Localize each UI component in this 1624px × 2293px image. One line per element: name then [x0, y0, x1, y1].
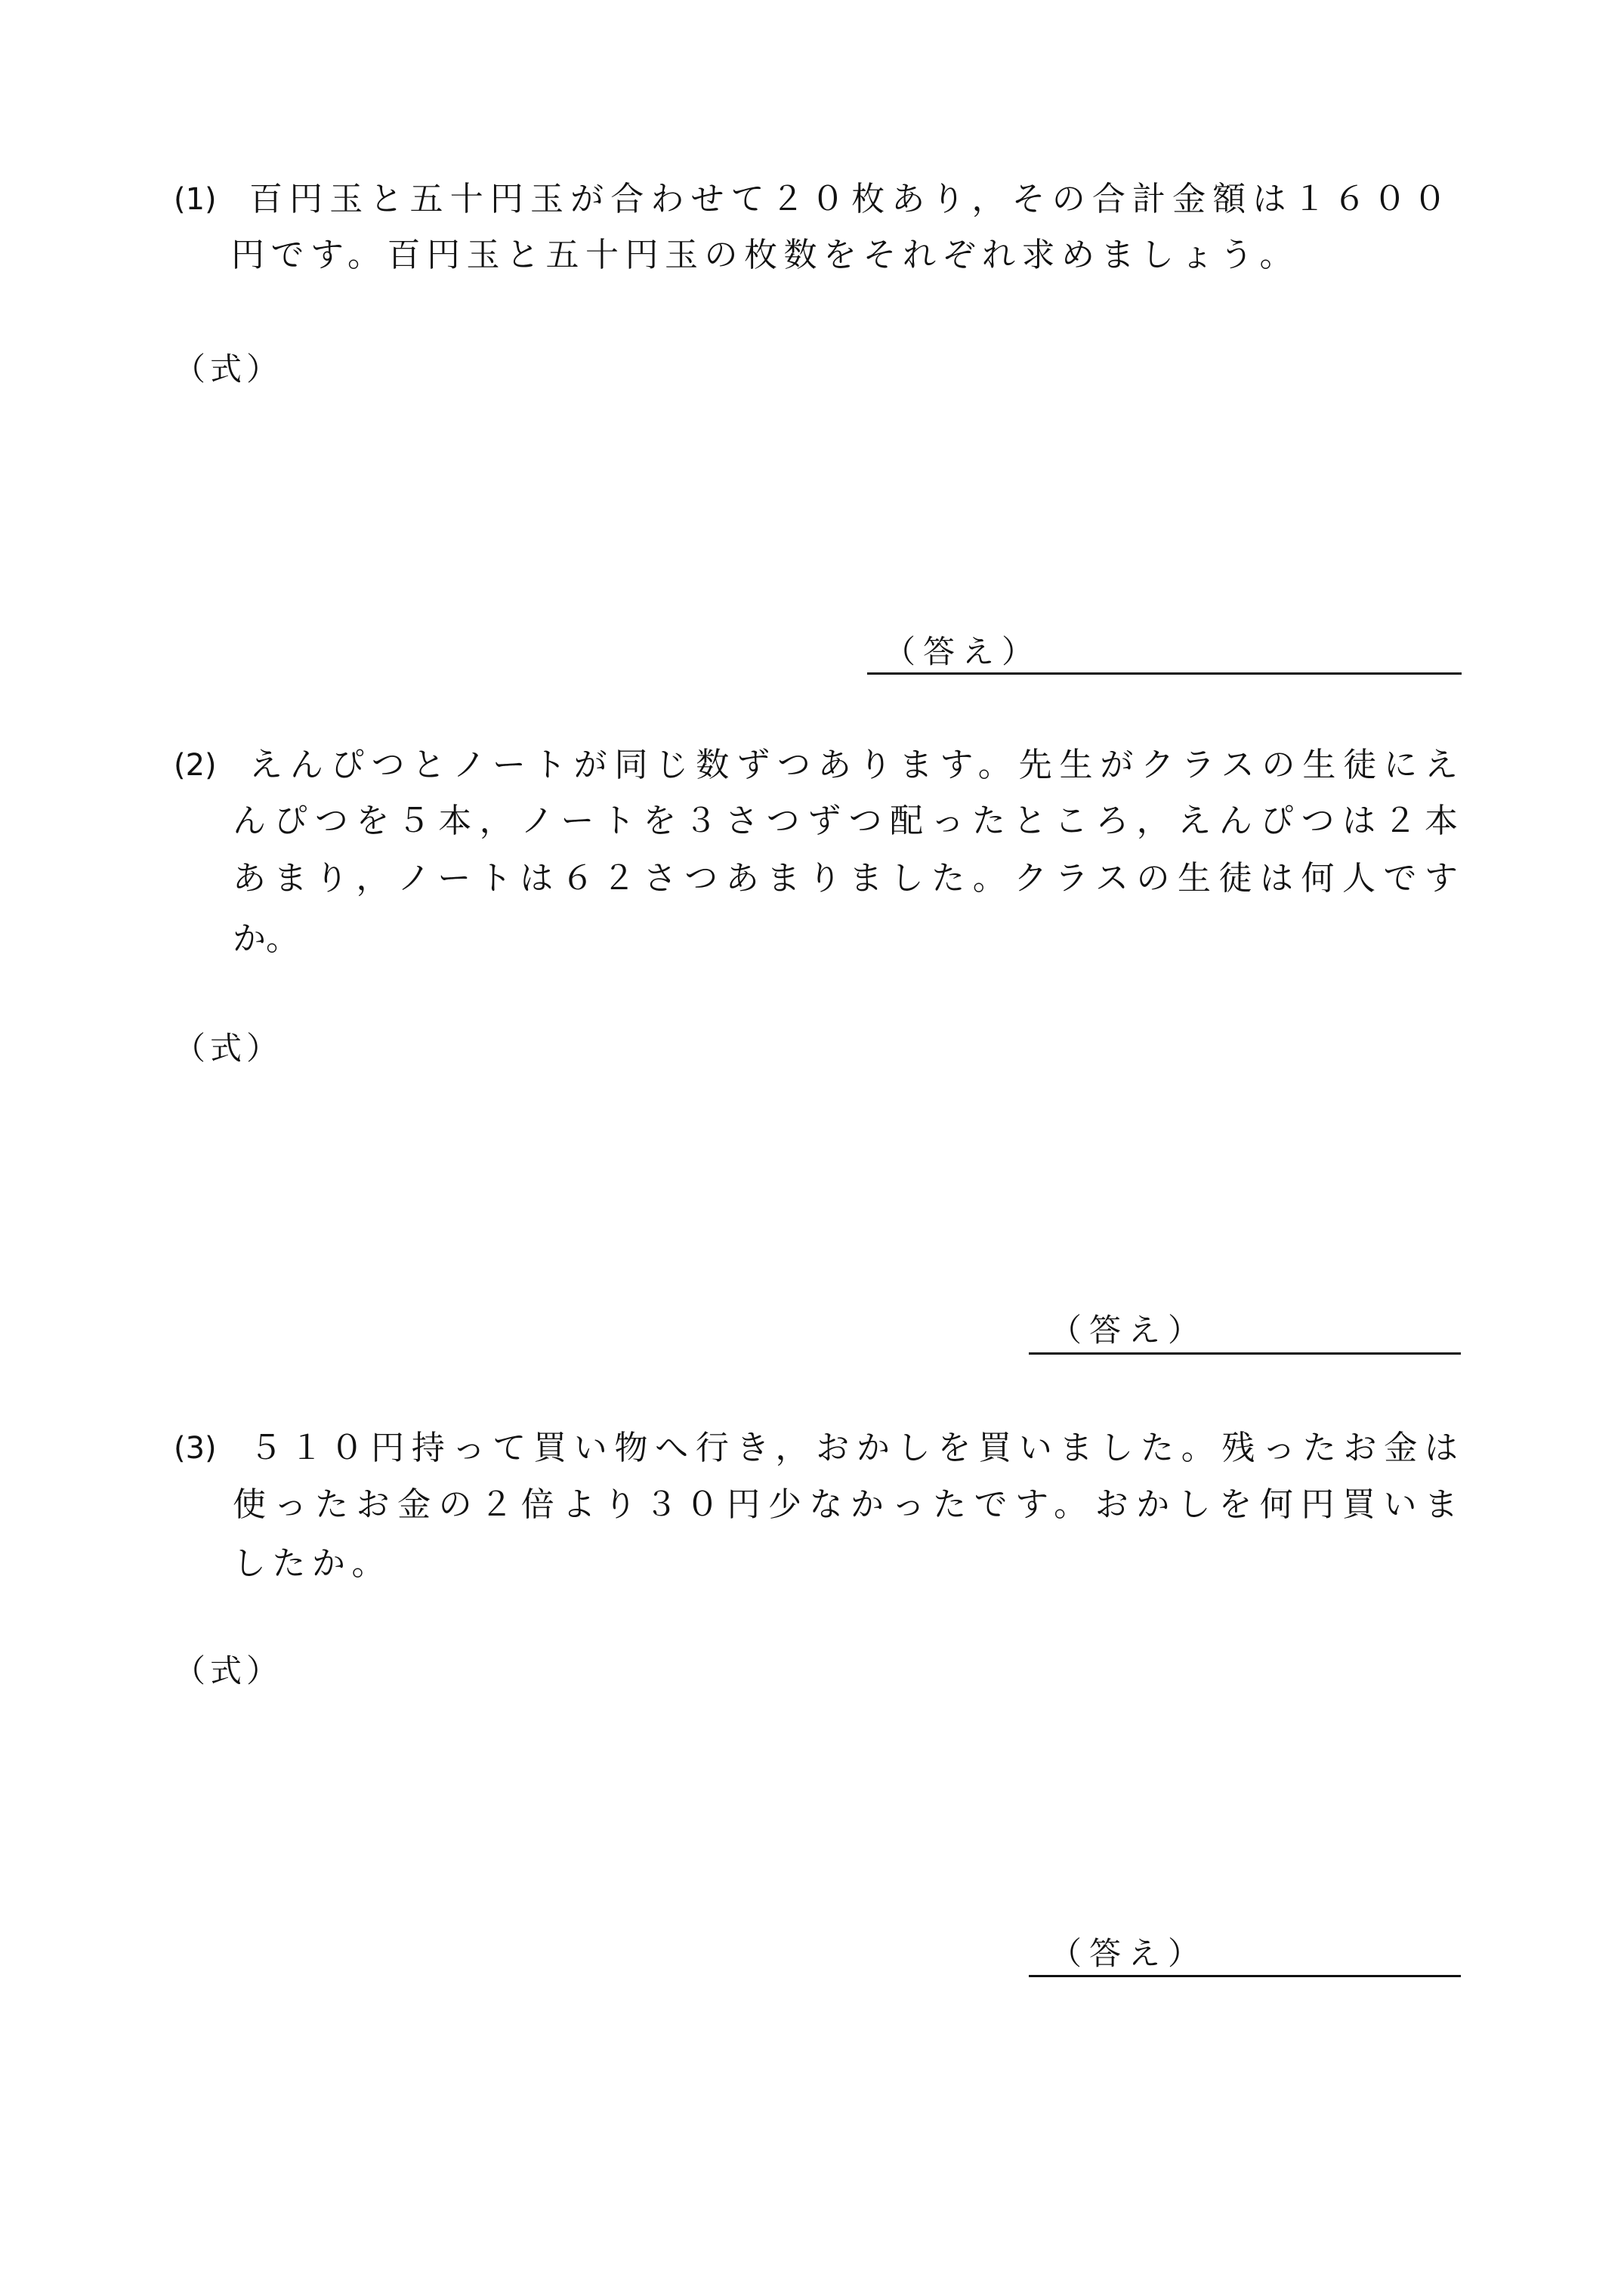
- formula-label: （式）: [174, 1026, 283, 1071]
- answer-label: （答え）: [1050, 1308, 1207, 1353]
- answer-label: （答え）: [1050, 1931, 1207, 1976]
- problem-number: (1): [174, 177, 217, 222]
- problem-number: (3): [174, 1426, 217, 1471]
- problem-text-line: 百円玉と五十円玉が合わせて２０枚あり，その合計金額は１６００: [249, 177, 1446, 222]
- problem-text-line: ５１０円持って買い物へ行き，おかしを買いました。残ったお金は: [249, 1426, 1458, 1471]
- problem-text-line: えんぴつとノートが同じ数ずつあります。先生がクラスの生徒にえ: [249, 743, 1458, 788]
- problem-text-line: したか。: [233, 1541, 391, 1587]
- worksheet-page: (1) 百円玉と五十円玉が合わせて２０枚あり，その合計金額は１６００ 円です。百…: [0, 0, 1624, 2293]
- answer-underline[interactable]: [867, 672, 1462, 675]
- problem-text-line: か。: [233, 916, 299, 962]
- answer-label: （答え）: [884, 629, 1041, 675]
- formula-label: （式）: [174, 347, 283, 392]
- answer-underline[interactable]: [1029, 1975, 1461, 1977]
- problem-text-line: 使ったお金の２倍より３０円少なかったです。おかしを何円買いま: [233, 1482, 1458, 1528]
- problem-text-line: んぴつを５本，ノートを３さつずつ配ったところ，えんぴつは２本: [233, 799, 1458, 844]
- problem-text-line: 円です。百円玉と五十円玉の枚数をそれぞれ求めましょう。: [231, 233, 1299, 278]
- problem-text-line: あまり，ノートは６２さつあまりました。クラスの生徒は何人です: [233, 856, 1458, 901]
- problem-number: (2): [174, 743, 217, 788]
- formula-label: （式）: [174, 1649, 283, 1694]
- answer-underline[interactable]: [1029, 1352, 1461, 1355]
